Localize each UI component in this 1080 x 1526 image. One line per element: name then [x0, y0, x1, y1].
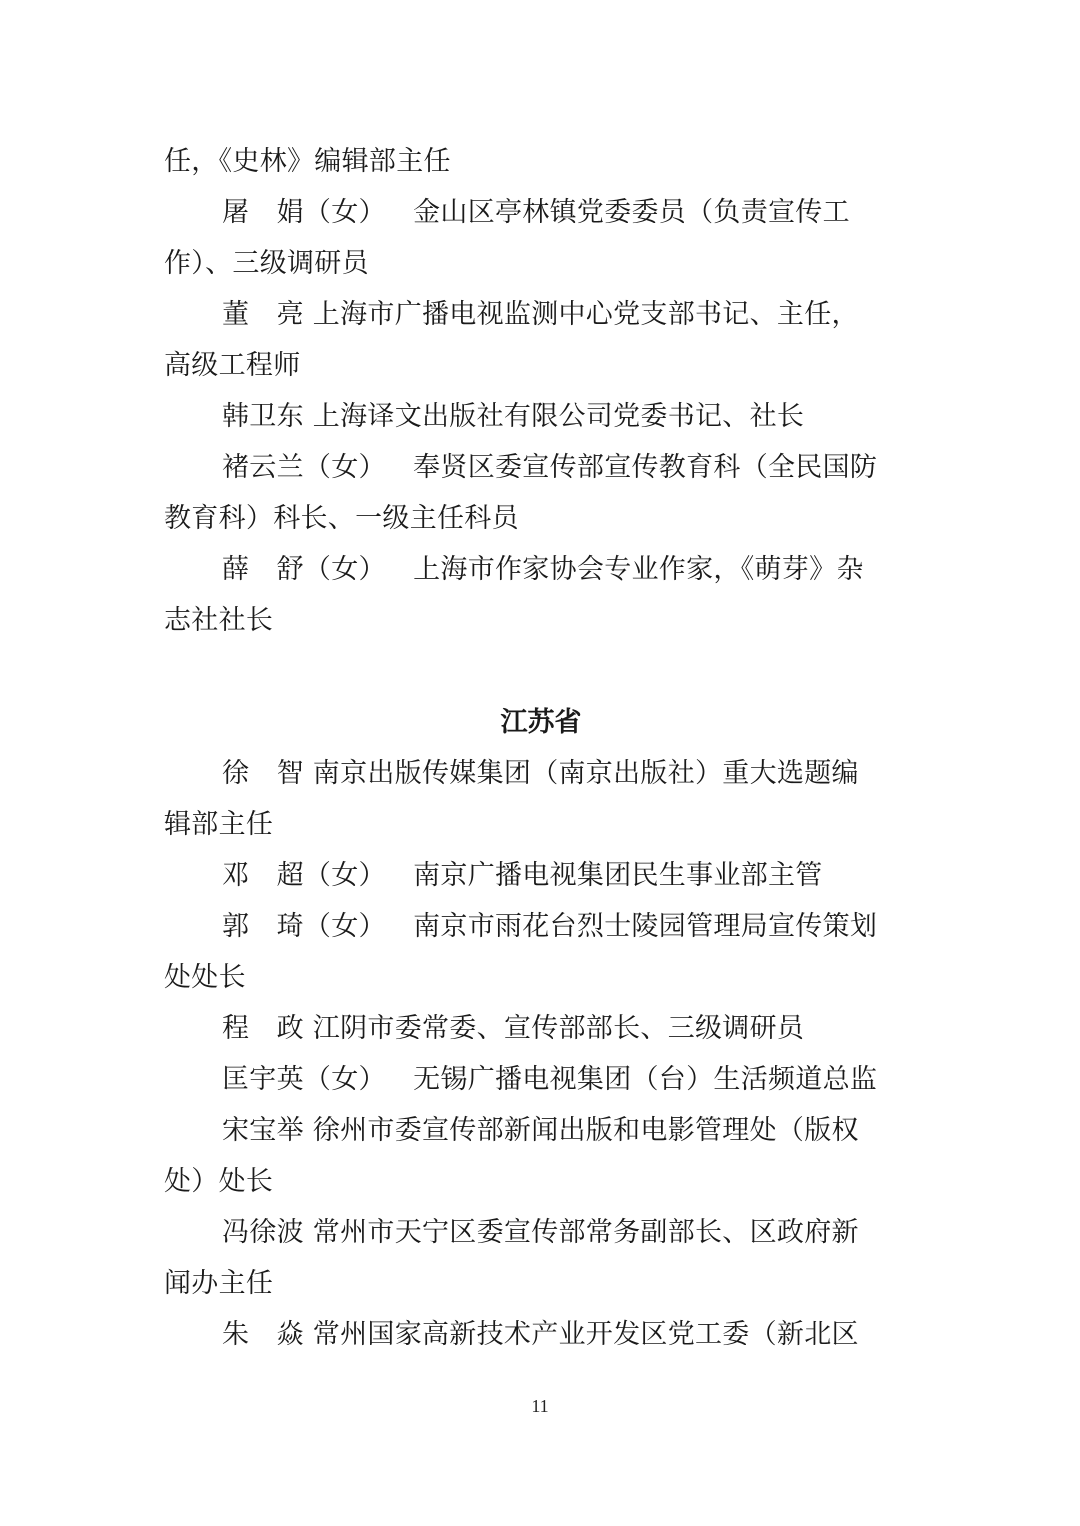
section-heading: 江苏省: [164, 697, 918, 748]
person-title: 常州市天宁区委宣传部常务副部长、区政府新: [304, 1217, 859, 1248]
document-page: 任，《史林》编辑部主任 屠 娟（女） 金山区亭林镇党委委员（负责宣传工 作）、三…: [164, 136, 918, 1360]
person-title: 上海市广播电视监测中心党支部书记、主任，: [304, 299, 859, 330]
person-name: 韩卫东: [222, 391, 304, 442]
person-name: 冯徐波: [222, 1207, 304, 1258]
person-title: 常州国家高新技术产业开发区党工委（新北区: [304, 1319, 859, 1350]
list-item: 薛 舒（女） 上海市作家协会专业作家，《萌芽》杂: [164, 544, 918, 595]
person-title: 江阴市委常委、宣传部部长、三级调研员: [304, 1013, 804, 1044]
person-name: 朱 焱: [222, 1309, 304, 1360]
person-title: 南京出版传媒集团（南京出版社）重大选题编: [304, 758, 859, 789]
list-item: 徐 智 南京出版传媒集团（南京出版社）重大选题编: [164, 748, 918, 799]
list-item: 邓 超（女） 南京广播电视集团民生事业部主管: [164, 850, 918, 901]
text-line: 高级工程师: [164, 340, 918, 391]
list-item: 朱 焱 常州国家高新技术产业开发区党工委（新北区: [164, 1309, 918, 1360]
person-name: 宋宝举: [222, 1105, 304, 1156]
text-line: 作）、三级调研员: [164, 238, 918, 289]
list-item: 屠 娟（女） 金山区亭林镇党委委员（负责宣传工: [164, 187, 918, 238]
person-title: 南京市雨花台烈士陵园管理局宣传策划: [386, 911, 877, 942]
text-line: 闻办主任: [164, 1258, 918, 1309]
list-item: 冯徐波 常州市天宁区委宣传部常务副部长、区政府新: [164, 1207, 918, 1258]
page-number: 11: [0, 1396, 1080, 1417]
text-line: 志社社长: [164, 595, 918, 646]
person-title: 上海市作家协会专业作家，《萌芽》杂: [386, 554, 864, 585]
person-name: 郭 琦（女）: [222, 901, 386, 952]
list-item: 褚云兰（女） 奉贤区委宣传部宣传教育科（全民国防: [164, 442, 918, 493]
person-name: 邓 超（女）: [222, 850, 386, 901]
person-title: 徐州市委宣传部新闻出版和电影管理处（版权: [304, 1115, 859, 1146]
list-item: 郭 琦（女） 南京市雨花台烈士陵园管理局宣传策划: [164, 901, 918, 952]
person-title: 无锡广播电视集团（台）生活频道总监: [386, 1064, 877, 1095]
text-line: 处处长: [164, 952, 918, 1003]
person-title: 上海译文出版社有限公司党委书记、社长: [304, 401, 804, 432]
person-name: 薛 舒（女）: [222, 544, 386, 595]
person-name: 褚云兰（女）: [222, 442, 386, 493]
text-line: 教育科）科长、一级主任科员: [164, 493, 918, 544]
section-spacer: [164, 646, 918, 697]
list-item: 董 亮 上海市广播电视监测中心党支部书记、主任，: [164, 289, 918, 340]
text-line: 辑部主任: [164, 799, 918, 850]
person-name: 董 亮: [222, 289, 304, 340]
text-line: 任，《史林》编辑部主任: [164, 136, 918, 187]
person-name: 屠 娟（女）: [222, 187, 386, 238]
text-line: 处）处长: [164, 1156, 918, 1207]
person-title: 南京广播电视集团民生事业部主管: [386, 860, 823, 891]
person-name: 程 政: [222, 1003, 304, 1054]
person-title: 奉贤区委宣传部宣传教育科（全民国防: [386, 452, 877, 483]
list-item: 程 政 江阴市委常委、宣传部部长、三级调研员: [164, 1003, 918, 1054]
list-item: 宋宝举 徐州市委宣传部新闻出版和电影管理处（版权: [164, 1105, 918, 1156]
person-title: 金山区亭林镇党委委员（负责宣传工: [386, 197, 850, 228]
person-name: 徐 智: [222, 748, 304, 799]
person-name: 匡宇英（女）: [222, 1054, 386, 1105]
list-item: 韩卫东 上海译文出版社有限公司党委书记、社长: [164, 391, 918, 442]
list-item: 匡宇英（女） 无锡广播电视集团（台）生活频道总监: [164, 1054, 918, 1105]
